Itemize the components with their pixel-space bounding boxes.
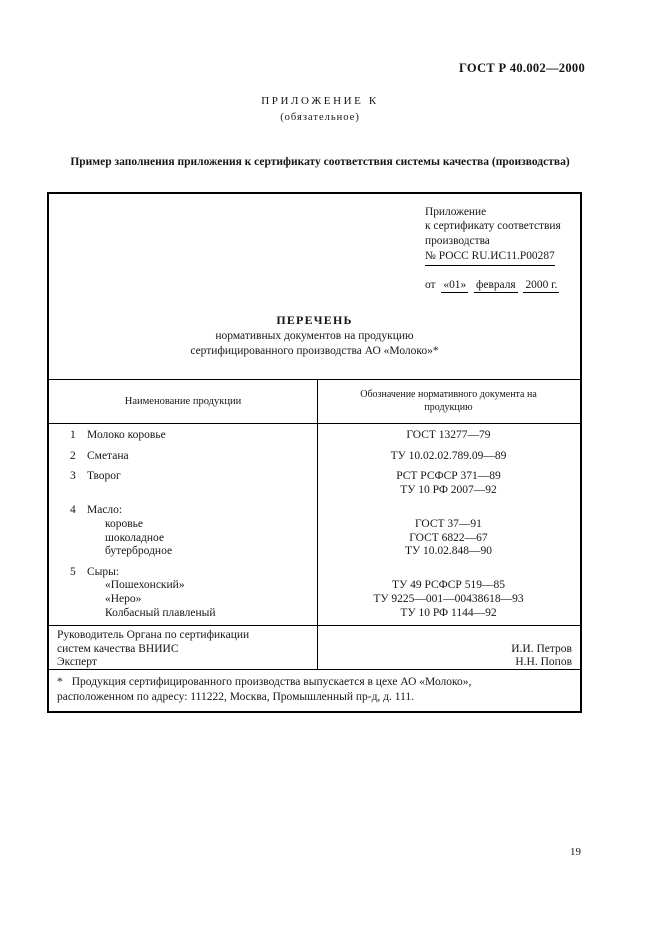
table-row: 3Творог РСТ РСФСР 371—89ТУ 10 РФ 2007—92 [49, 470, 580, 497]
page-number: 19 [570, 846, 581, 858]
row-document-cell: ТУ 10.02.02.789.09—89 [317, 450, 580, 464]
list-subtitle-1: нормативных документов на продукцию [49, 329, 580, 344]
row-document-cell: ГОСТ 37—91ГОСТ 6822—67ТУ 10.02.848—90 [317, 504, 580, 558]
appendix-label: ПРИЛОЖЕНИЕ К [0, 95, 640, 107]
table-row: 5Сыры:«Пошехонский»«Неро»Колбасный плавл… [49, 566, 580, 620]
footnote: *Продукция сертифицированного производст… [49, 669, 580, 715]
signature-role-line: Эксперт [57, 656, 317, 670]
product-line: Колбасный плавленый [49, 607, 317, 621]
date-month: февраля [474, 279, 518, 293]
document-designation: РСТ РСФСР 371—89 [317, 470, 580, 484]
ref-line-1: Приложение [425, 205, 561, 219]
document-designation: ТУ 10.02.02.789.09—89 [317, 450, 580, 464]
document-designation: ГОСТ 13277—79 [317, 429, 580, 443]
certificate-date: от «01» февраля 2000 г. [425, 278, 561, 292]
table-row: 1Молоко коровьеГОСТ 13277—79 [49, 429, 580, 443]
list-subtitle-2: сертифицированного производства АО «Моло… [49, 344, 580, 359]
row-document-cell: РСТ РСФСР 371—89ТУ 10 РФ 2007—92 [317, 470, 580, 497]
product-line: коровье [49, 518, 317, 532]
product-name: Сметана [87, 450, 129, 462]
product-line: 1Молоко коровье [49, 429, 317, 443]
column-header-document: Обозначение нормативного документа на пр… [317, 379, 580, 423]
signature-role-line: систем качества ВНИИС [57, 643, 317, 657]
table-header-row: Наименование продукции Обозначение норма… [49, 379, 580, 423]
signer-name: Н.Н. Попов [317, 656, 572, 670]
date-prefix: от [425, 279, 436, 291]
row-product-cell: 2Сметана [49, 450, 317, 464]
document-page: ГОСТ Р 40.002—2000 ПРИЛОЖЕНИЕ К (обязате… [0, 0, 661, 936]
date-year: 2000 г. [523, 279, 559, 293]
list-heading: ПЕРЕЧЕНЬ нормативных документов на проду… [49, 313, 580, 359]
certificate-reference-block: Приложение к сертификату соответствия пр… [425, 205, 561, 292]
signature-row: Руководитель Органа по сертификации сист… [49, 625, 580, 669]
product-line: 4Масло: [49, 504, 317, 518]
product-line: 5Сыры: [49, 566, 317, 580]
document-designation: ГОСТ 6822—67 [317, 532, 580, 546]
signer-name: И.И. Петров [317, 643, 572, 657]
document-designation: ТУ 10 РФ 2007—92 [317, 484, 580, 498]
document-designation: ТУ 49 РСФСР 519—85 [317, 579, 580, 593]
document-designation: ТУ 10 РФ 1144—92 [317, 607, 580, 621]
product-line: 3Творог [49, 470, 317, 484]
product-line: 2Сметана [49, 450, 317, 464]
ref-line-2: к сертификату соответствия [425, 219, 561, 233]
product-line: шоколадное [49, 532, 317, 546]
product-name: Творог [87, 470, 121, 482]
date-day: «01» [441, 279, 468, 293]
product-line: «Неро» [49, 593, 317, 607]
row-number: 2 [70, 450, 87, 464]
row-number: 5 [70, 566, 87, 580]
signature-names: И.И. Петров Н.Н. Попов [317, 625, 580, 669]
document-designation: ТУ 10.02.848—90 [317, 545, 580, 559]
row-number: 4 [70, 504, 87, 518]
document-designation: ГОСТ 37—91 [317, 518, 580, 532]
document-designation: ТУ 9225—001—00438618—93 [317, 593, 580, 607]
table-row: 4Масло:коровьешоколадноебутербродное ГОС… [49, 504, 580, 558]
certificate-attachment-box: Приложение к сертификату соответствия пр… [47, 192, 582, 713]
example-caption: Пример заполнения приложения к сертифика… [0, 156, 640, 168]
list-title: ПЕРЕЧЕНЬ [49, 313, 580, 328]
row-product-cell: 3Творог [49, 470, 317, 497]
row-number: 1 [70, 429, 87, 443]
row-product-cell: 5Сыры:«Пошехонский»«Неро»Колбасный плавл… [49, 566, 317, 620]
row-number: 3 [70, 470, 87, 484]
row-document-cell: ТУ 49 РСФСР 519—85ТУ 9225—001—00438618—9… [317, 566, 580, 620]
table-body-rows: 1Молоко коровьеГОСТ 13277—792СметанаТУ 1… [49, 423, 580, 625]
signature-role-line: Руководитель Органа по сертификации [57, 629, 317, 643]
document-designation [317, 504, 580, 518]
table-row: 2СметанаТУ 10.02.02.789.09—89 [49, 450, 580, 464]
appendix-note: (обязательное) [0, 112, 640, 123]
signature-roles: Руководитель Органа по сертификации сист… [49, 625, 317, 669]
product-line: бутербродное [49, 545, 317, 559]
row-product-cell: 1Молоко коровье [49, 429, 317, 443]
document-designation [317, 566, 580, 580]
row-product-cell: 4Масло:коровьешоколадноебутербродное [49, 504, 317, 558]
standard-code: ГОСТ Р 40.002—2000 [459, 61, 585, 76]
ref-line-3: производства [425, 234, 561, 248]
footnote-marker: * [57, 675, 63, 690]
product-name: Молоко коровье [87, 429, 166, 441]
product-line: «Пошехонский» [49, 579, 317, 593]
column-header-product: Наименование продукции [49, 379, 317, 423]
product-name: Масло: [87, 504, 122, 516]
footnote-text: Продукция сертифицированного производств… [57, 676, 471, 703]
certificate-number: № РОСС RU.ИС11.Р00287 [425, 249, 555, 265]
product-line [49, 484, 317, 498]
product-name: Сыры: [87, 566, 119, 578]
row-document-cell: ГОСТ 13277—79 [317, 429, 580, 443]
